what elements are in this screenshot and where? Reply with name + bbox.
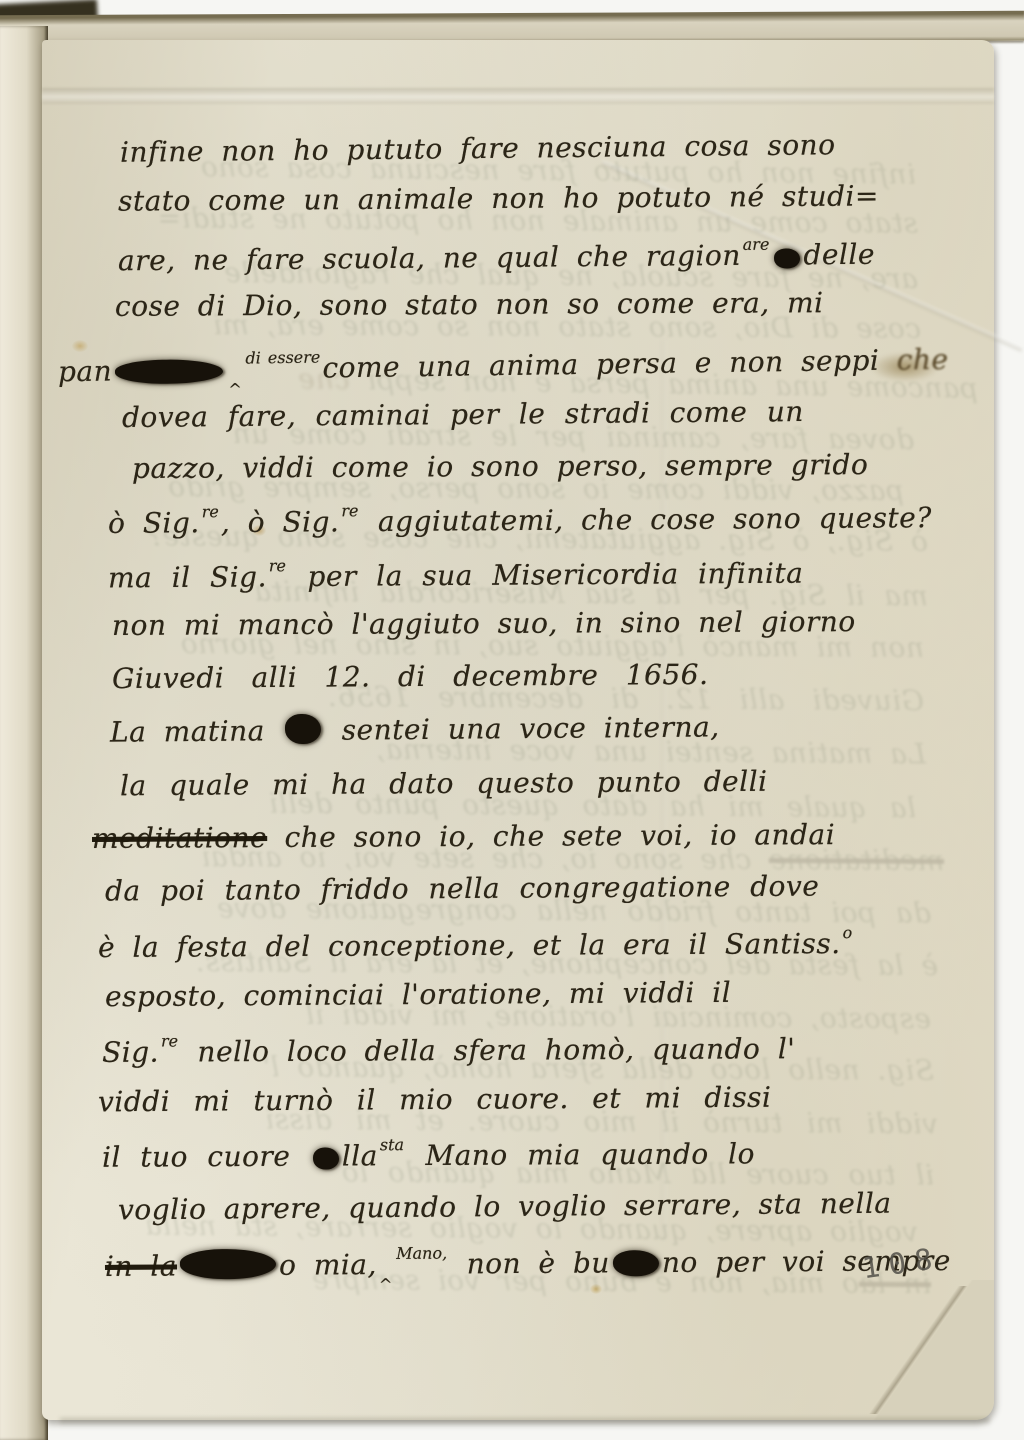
ink-blot: [313, 1147, 339, 1169]
manuscript-line-11: Giuvedi alli 12. di decembre 1656.: [112, 658, 709, 695]
manuscript-line-17: esposto, cominciai l'oratione, mi viddi …: [105, 976, 731, 1013]
ink-blot: [613, 1250, 659, 1276]
interlinear-insertion: di essere: [245, 348, 320, 368]
handwriting-text: viddi mi turnò il mio cuore. et mi dissi: [98, 1081, 772, 1119]
handwriting-text: dovea fare, caminai per le stradi come u…: [122, 395, 804, 434]
handwriting-text: lla: [342, 1139, 378, 1172]
handwriting-text: voglio aprere, quando lo voglio serrare,…: [118, 1187, 892, 1227]
manuscript-line-8: ò Sig.re, ò Sig.re aggiutatemi, che cose…: [108, 497, 932, 540]
interlinear-insertion: Mano,: [396, 1244, 447, 1263]
handwriting-text: come una anima persa e non seppi: [322, 344, 897, 385]
manuscript-line-13: la quale mi ha dato questo punto delli: [120, 765, 768, 803]
manuscript-line-4: cose di Dio, sono stato non so come era,…: [115, 286, 824, 323]
interlinear-insertion: re: [161, 1031, 178, 1050]
interlinear-insertion: re: [202, 502, 219, 521]
manuscript-line-5: pan^di esserecome una anima persa e non …: [58, 339, 949, 401]
ink-blot: [115, 359, 223, 385]
handwriting-text: o mia,: [279, 1248, 377, 1282]
handwriting-text: are, ne fare scuola, ne qual che ragion: [118, 239, 741, 277]
handwriting-text: aggiutatemi, che cose sono queste?: [360, 501, 932, 538]
manuscript-line-1: infine non ho pututo fare nesciuna cosa …: [120, 128, 836, 168]
ink-blot: [285, 714, 321, 744]
manuscript-line-18: Sig.re nello loco della sfera homò, quan…: [102, 1028, 796, 1069]
manuscript-line-6: dovea fare, caminai per le stradi come u…: [122, 395, 804, 434]
handwriting-text: che sono io, che sete voi, io andai: [267, 818, 835, 854]
handwriting-text: è la festa del conceptione, et la era il…: [98, 927, 841, 964]
handwriting-text: cose di Dio, sono stato non so come era,…: [115, 286, 824, 323]
interlinear-insertion: are: [743, 235, 770, 254]
handwriting-text: Giuvedi alli 12. di decembre 1656.: [112, 658, 709, 695]
manuscript-line-14: meditatione che sono io, che sete voi, i…: [92, 818, 835, 855]
manuscript-line-7: pazzo, viddi come io sono perso, sempre …: [132, 448, 868, 485]
handwriting-text: che: [896, 343, 948, 377]
manuscript-line-20: il tuo cuore llasta Mano mia quando lo: [102, 1133, 755, 1173]
handwriting-text: delle: [803, 238, 875, 272]
manuscript-line-12: La matina sentei una voce interna,: [110, 710, 720, 748]
handwriting-text: per la sua Misericordia infinita: [288, 557, 803, 594]
ink-blot: [180, 1249, 276, 1280]
manuscript-line-22: in lao mia,^Mano, non è buno per voi sem…: [105, 1240, 951, 1296]
struck-out-word: meditatione: [92, 821, 267, 855]
book-gutter-left: [0, 26, 48, 1440]
handwriting-text: Mano mia quando lo: [406, 1137, 755, 1172]
manuscript-line-9: ma il Sig.re per la sua Misericordia inf…: [108, 553, 804, 595]
interlinear-insertion: re: [269, 556, 286, 575]
handwriting-text: Sig.: [102, 1036, 159, 1069]
handwriting-text: infine non ho pututo fare nesciuna cosa …: [120, 128, 836, 168]
manuscript-line-10: non mi mancò l'aggiuto suo, in sino nel …: [112, 605, 856, 642]
insertion-caret: ^: [379, 1275, 393, 1294]
handwriting-text: pan: [58, 354, 113, 388]
manuscript-line-19: viddi mi turnò il mio cuore. et mi dissi: [98, 1081, 772, 1119]
handwriting-text: la quale mi ha dato questo punto delli: [120, 765, 768, 803]
folded-corner: [834, 1280, 994, 1420]
manuscript-line-2: stato come un animale non ho potuto né s…: [118, 179, 879, 217]
text-layer: infine non ho pututo fare nesciuna cosa …: [42, 40, 994, 1420]
manuscript-page: infine non ho pututo fare nesciuna cosa …: [42, 40, 994, 1420]
handwriting-text: non mi mancò l'aggiuto suo, in sino nel …: [112, 605, 856, 642]
handwriting-text: pazzo, viddi come io sono perso, sempre …: [132, 448, 868, 485]
handwriting-text: La matina: [110, 714, 283, 749]
handwriting-text: ò Sig.: [108, 506, 200, 540]
interlinear-insertion: o: [843, 923, 853, 942]
insertion-caret: ^: [228, 380, 242, 399]
struck-out-word: in la: [105, 1249, 177, 1283]
handwriting-text: sentei una voce interna,: [324, 710, 720, 746]
handwriting-text: da poi tanto friddo nella congregatione …: [105, 870, 820, 908]
handwriting-text: ma il Sig.: [108, 560, 267, 594]
page-bottom-shadow: [60, 1418, 990, 1426]
manuscript-line-15: da poi tanto friddo nella congregatione …: [105, 870, 820, 908]
manuscript-line-16: è la festa del conceptione, et la era il…: [98, 923, 854, 964]
handwriting-text: stato come un animale non ho potuto né s…: [118, 179, 879, 217]
handwriting-text: non è bu: [449, 1246, 610, 1280]
ink-blot: [774, 248, 800, 268]
handwriting-text: il tuo cuore: [102, 1140, 310, 1174]
interlinear-insertion: re: [341, 501, 358, 520]
handwriting-text: , ò Sig.: [221, 505, 340, 539]
interlinear-insertion: sta: [380, 1135, 404, 1154]
manuscript-line-3: are, ne fare scuola, ne qual che ragiona…: [118, 234, 875, 278]
handwriting-text: esposto, cominciai l'oratione, mi viddi …: [105, 976, 731, 1013]
manuscript-line-21: voglio aprere, quando lo voglio serrare,…: [118, 1187, 892, 1227]
handwriting-text: nello loco della sfera homò, quando l': [180, 1032, 795, 1068]
